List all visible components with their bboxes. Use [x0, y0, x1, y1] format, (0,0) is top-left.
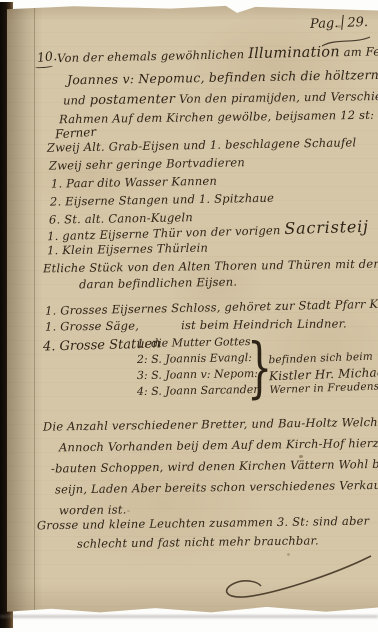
saw-line-left: 1. Grosse Säge, [45, 319, 139, 334]
p1-line3-suffix: Von den piramijden, und Verschiedenen [175, 89, 378, 106]
paragraph1-line4: Rahmen Auf dem Kirchen gewölbe, beijsame… [59, 108, 374, 126]
saw-line: 1. Grosse Säge,ist beim Heindrich Lindne… [45, 316, 347, 333]
statue-item: 4: S. Joann Sarcander [137, 383, 259, 401]
paragraph1-line3: und postamenter Von den piramijden, und … [63, 89, 378, 109]
paragraph2: Die Anzahl verschiedener Bretter, und Ba… [43, 417, 378, 522]
word-postamenter: postamenter [90, 92, 176, 108]
sacristy-line-prefix: 1. gantz Eijserne Thür von der vorigen [47, 223, 285, 243]
scan-bottom-shadow [0, 615, 378, 618]
pag-label: Pag. [310, 16, 339, 32]
page-header: Pag.29. [310, 14, 369, 32]
statues-list: 1: die Mutter Gottes 2: S. Joannis Evang… [137, 336, 259, 400]
page-crease [34, 5, 35, 613]
p1-line1-suffix: am Fest des Heil: [340, 43, 378, 59]
word-illumination: Illumination [248, 44, 340, 62]
paragraph3: Grosse und kleine Leuchten zusammen 3. S… [37, 516, 369, 554]
p1-line1-prefix: Von der ehemals gewöhnlichen [57, 47, 248, 65]
margin-section-number: 10. [36, 48, 57, 65]
old-gates-line1: Etliche Stück von den Alten Thoren und T… [43, 257, 378, 276]
inventory-list-1: Zweij Alt. Grab-Eijsen und 1. beschlagen… [47, 138, 356, 228]
pen-flourish-swash [205, 551, 375, 605]
manuscript-page: Pag.29. 10. Von der ehemals gewöhnlichen… [7, 5, 378, 613]
margin-number-underline [35, 64, 53, 69]
manuscript-scan: Pag.29. 10. Von der ehemals gewöhnlichen… [0, 0, 378, 632]
old-gates-line2: daran befindlichen Eijsen. [79, 275, 237, 292]
word-sacristeij: Sacristeij [284, 217, 369, 238]
small-door-line: 1. Klein Eijsernes Thürlein [47, 241, 208, 258]
p1-line3-prefix: und [63, 93, 90, 107]
paragraph1-line2: Joannes v: Nepomuc, befinden sich die hö… [67, 66, 378, 88]
page-number: 29. [347, 15, 368, 31]
header-divider-stroke [342, 15, 345, 30]
paragraph1-line1: Von der ehemals gewöhnlichen Illuminatio… [57, 42, 378, 66]
iron-lock-line: 1. Grosses Eijsernes Schloss, gehöret zu… [45, 296, 378, 318]
statues-annotation: befinden sich beim Kistler Hr. Michael W… [268, 350, 378, 400]
saw-line-right: ist beim Heindrich Lindner. [181, 316, 347, 332]
